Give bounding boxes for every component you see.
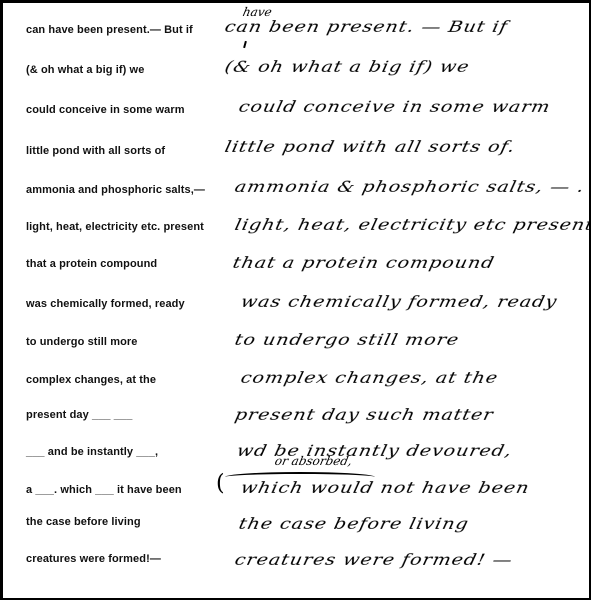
handwritten-line: that a protein compound: [231, 254, 496, 272]
handwritten-line: (& oh what a big if) we: [223, 58, 471, 76]
typed-line: that a protein compound: [26, 258, 157, 270]
typed-line: little pond with all sorts of: [26, 145, 165, 157]
handwritten-line: complex changes, at the: [239, 369, 500, 387]
interlinear-insertion: or absorbed,: [274, 454, 354, 468]
handwritten-line: could conceive in some warm: [237, 98, 552, 116]
typed-line: creatures were formed!—: [26, 553, 161, 565]
typed-line: present day ___ ___: [26, 409, 132, 421]
handwritten-line: light, heat, electricity etc present: [233, 216, 591, 234]
handwritten-line: ammonia & phosphoric salts, — .: [233, 178, 586, 196]
handwritten-line: the case before living: [237, 515, 471, 533]
handwritten-line: which would not have been: [239, 479, 531, 497]
interlinear-insertion: have: [242, 5, 274, 19]
typed-line: could conceive in some warm: [26, 104, 185, 116]
handwritten-line: present day such matter: [233, 406, 495, 424]
typed-line: a ___. which ___ it have been: [26, 484, 182, 496]
typed-line: (& oh what a big if) we: [26, 64, 144, 76]
typed-line: light, heat, electricity etc. present: [26, 221, 204, 233]
typed-line: ___ and be instantly ___,: [26, 446, 158, 458]
typed-line: to undergo still more: [26, 336, 138, 348]
typed-line: was chemically formed, ready: [26, 298, 185, 310]
manuscript-page: can have been present.— But if (& oh wha…: [0, 0, 591, 600]
handwritten-line: to undergo still more: [233, 331, 461, 349]
typed-line: ammonia and phosphoric salts,—: [26, 184, 205, 196]
insertion-hook: (: [216, 471, 225, 496]
handwritten-line: can been present. — But if: [223, 18, 509, 36]
handwritten-line: creatures were formed! —: [233, 551, 515, 569]
typed-line: complex changes, at the: [26, 374, 156, 386]
caret-mark: [243, 41, 247, 48]
handwritten-line: was chemically formed, ready: [239, 293, 559, 311]
typed-line: the case before living: [26, 516, 141, 528]
typed-line: can have been present.— But if: [26, 24, 193, 36]
handwritten-line: little pond with all sorts of.: [223, 138, 517, 156]
